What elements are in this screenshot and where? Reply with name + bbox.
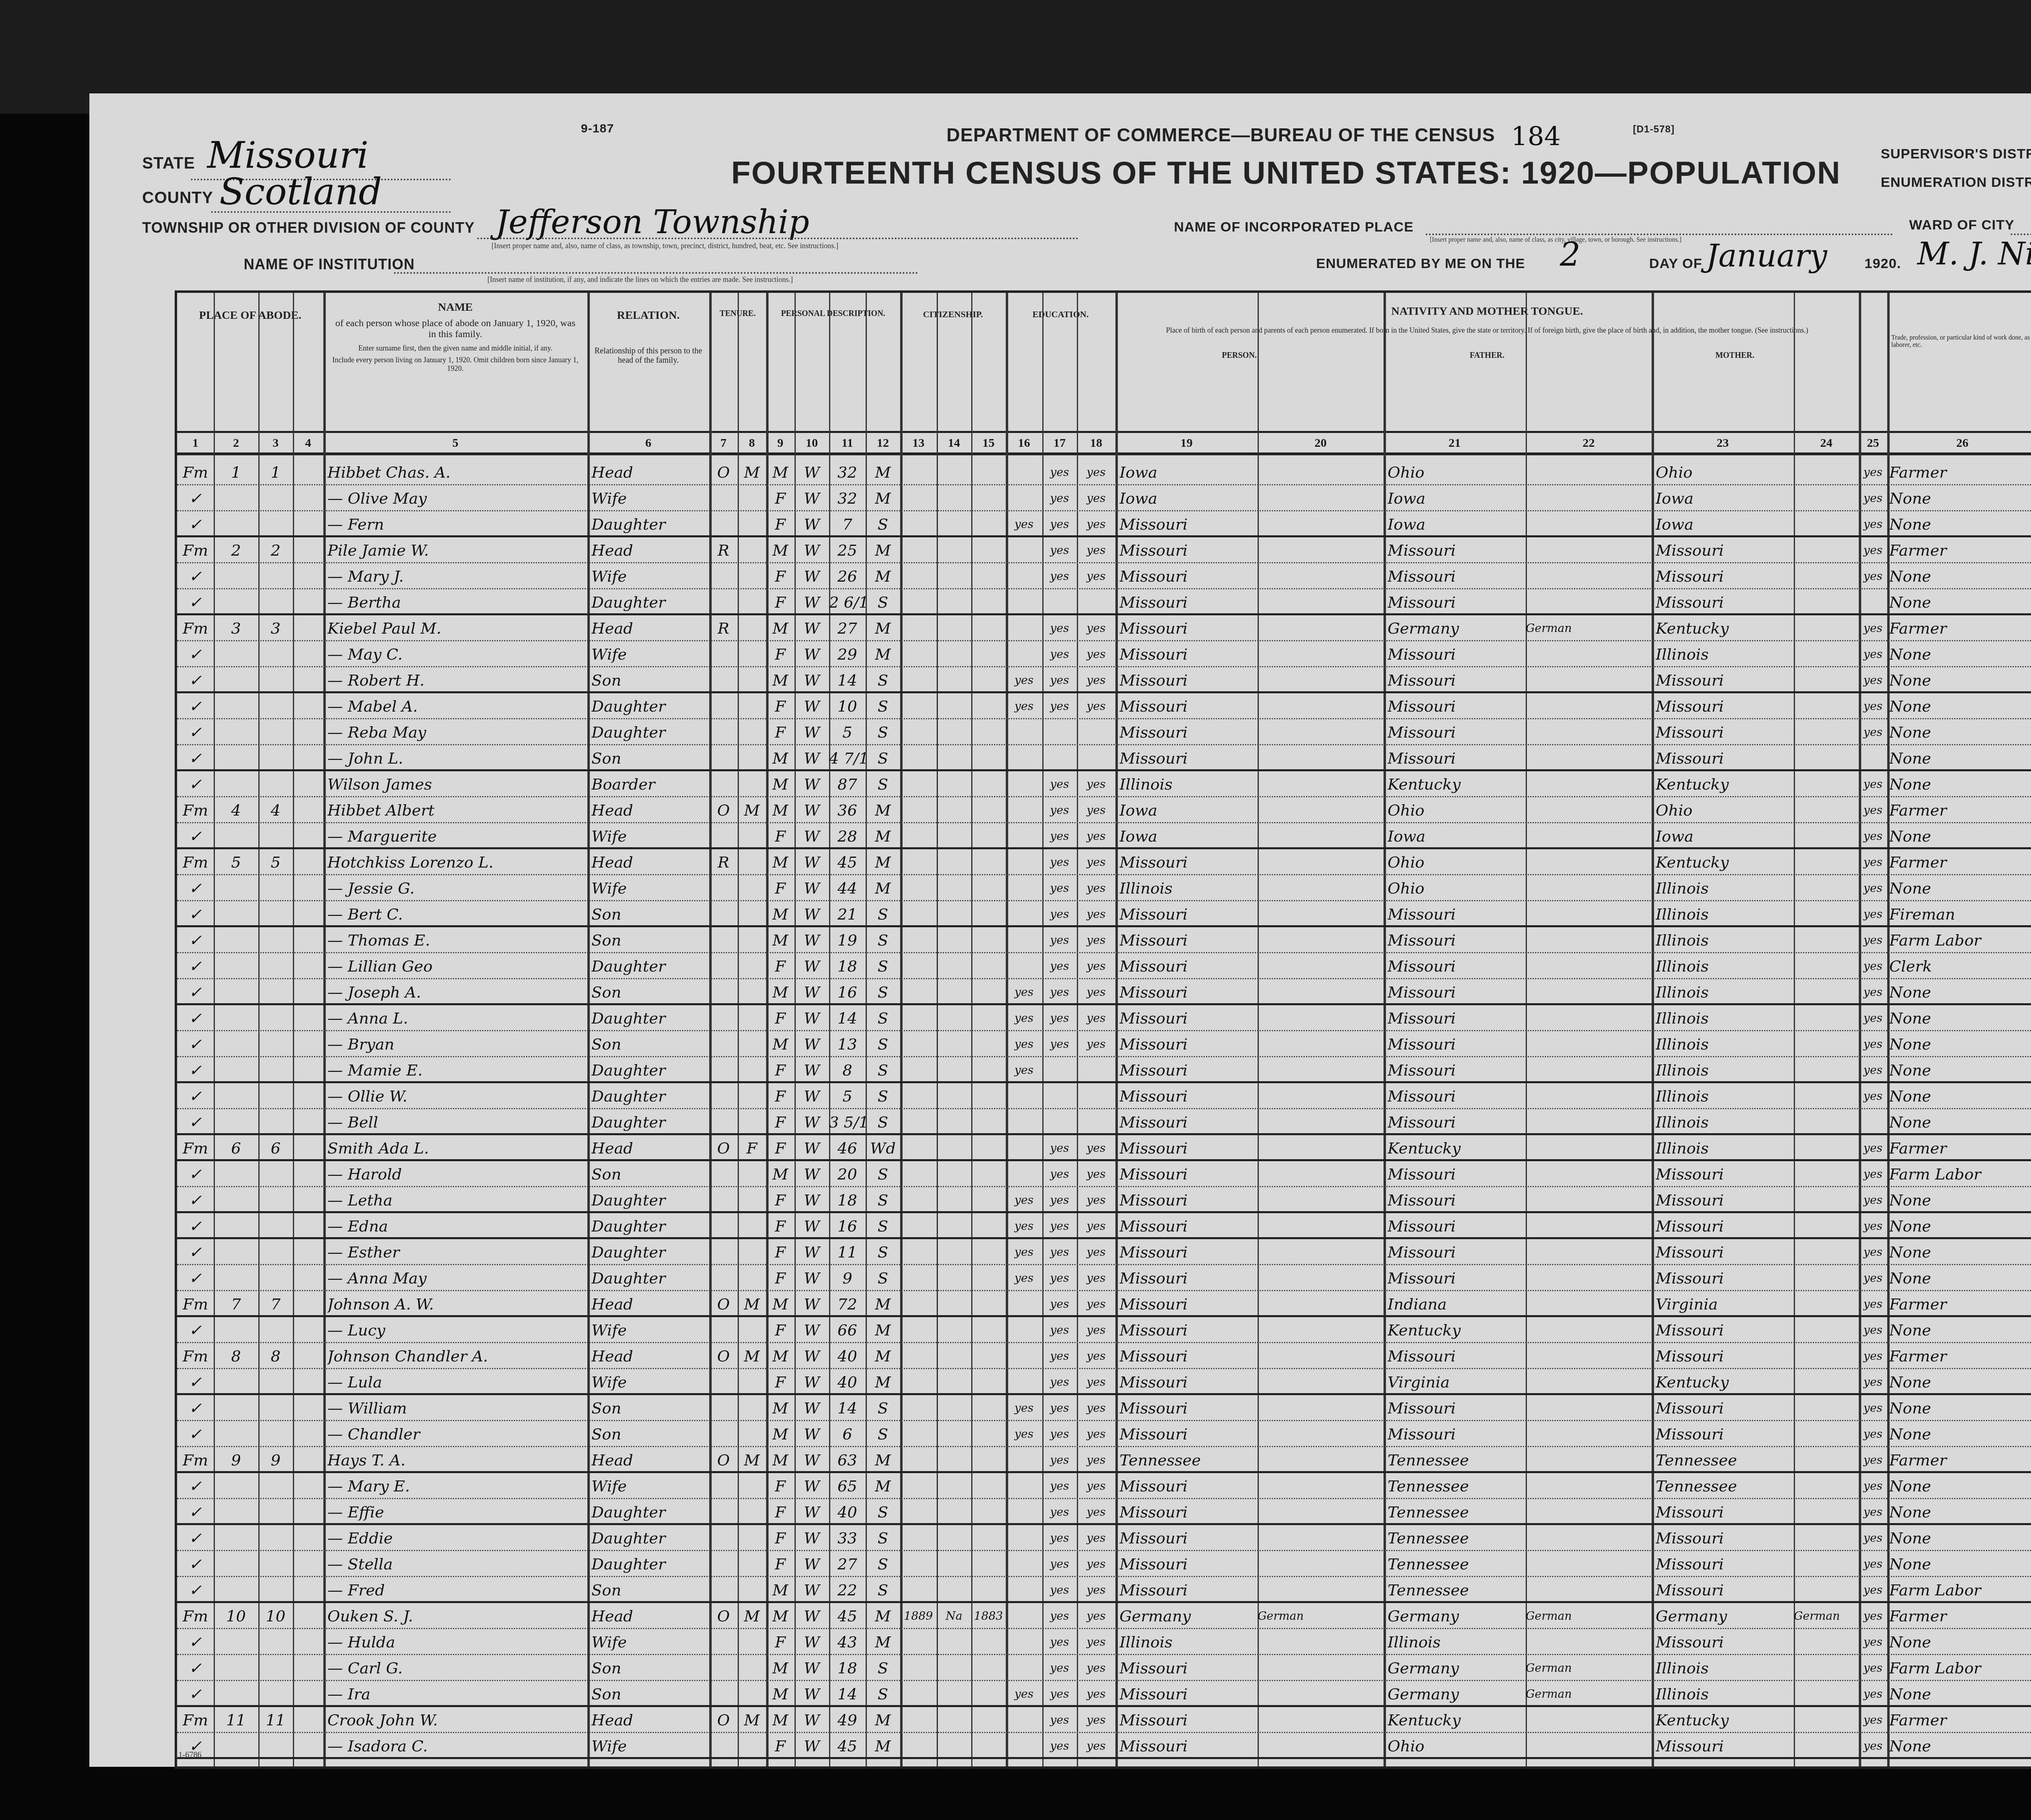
cell-pob: Missouri	[1119, 1733, 1258, 1759]
cell-natyr	[971, 1629, 1006, 1655]
cell-fpob: Ohio	[1388, 1733, 1526, 1759]
cell-pob: Missouri	[1119, 1109, 1258, 1135]
cell-race: W	[795, 459, 829, 485]
cell-race: W	[795, 1473, 829, 1499]
cell-marital: S	[866, 771, 900, 797]
cell-street: ✓	[177, 1265, 214, 1291]
cell-sex: M	[766, 979, 795, 1005]
cell-marital: S	[866, 1031, 900, 1057]
cell-house: 6	[214, 1135, 258, 1161]
cell-marital: S	[866, 1109, 900, 1135]
cell-mortgage	[738, 927, 766, 953]
cell-age: 6	[829, 1421, 866, 1447]
cell-mortgage	[738, 511, 766, 537]
cell-write: yes	[1077, 1239, 1115, 1265]
cell-relation: Son	[591, 745, 709, 771]
cell-mtongue	[1794, 1395, 1859, 1421]
cell-nat	[937, 1577, 971, 1603]
cell-write: yes	[1077, 641, 1115, 667]
cell-home: O	[709, 1291, 738, 1317]
table-row: ✓— Carl G.SonMW18SyesyesMissouriGermanyG…	[177, 1655, 2031, 1681]
cell-trade: None	[1889, 1681, 2031, 1707]
cell-mtongue	[1794, 719, 1859, 745]
cell-relation: Son	[591, 1655, 709, 1681]
cell-street: ✓	[177, 979, 214, 1005]
cell-ptongue	[1258, 1057, 1384, 1083]
cell-family	[258, 1005, 293, 1031]
township-label: TOWNSHIP OR OTHER DIVISION OF COUNTY	[142, 219, 475, 236]
column-number: 26	[1887, 433, 2031, 453]
cell-ptongue	[1258, 693, 1384, 719]
institution-line	[394, 272, 918, 274]
cell-age: 10	[829, 693, 866, 719]
cell-mtongue	[1794, 1265, 1859, 1291]
column-number: 11	[829, 433, 866, 453]
cell-relation: Son	[591, 927, 709, 953]
cell-ptongue	[1258, 563, 1384, 589]
cell-marital: S	[866, 1499, 900, 1525]
cell-sex: F	[766, 1499, 795, 1525]
cell-house	[214, 1005, 258, 1031]
table-row: ✓— LethaDaughterFW18SyesyesyesMissouriMi…	[177, 1187, 2031, 1213]
cell-home: O	[709, 797, 738, 823]
cell-fpob: Tennessee	[1388, 1551, 1526, 1577]
cell-house	[214, 745, 258, 771]
cell-mpob: Missouri	[1656, 563, 1794, 589]
cell-home	[709, 953, 738, 979]
cell-read: yes	[1042, 1317, 1077, 1343]
cell-mpob: Illinois	[1656, 1083, 1794, 1109]
cell-family	[258, 1473, 293, 1499]
cell-school	[1006, 589, 1042, 615]
cell-pob: Missouri	[1119, 1187, 1258, 1213]
cell-home: O	[709, 1135, 738, 1161]
cell-mtongue	[1794, 1317, 1859, 1343]
cell-family	[258, 1109, 293, 1135]
cell-immig	[900, 927, 937, 953]
group-relation: RELATION. Relationship of this person to…	[587, 293, 709, 447]
cell-relation: Head	[591, 1291, 709, 1317]
cell-street: Fm	[177, 1447, 214, 1473]
table-row: ✓— John L.SonMW4 7/12SMissouriMissouriMi…	[177, 745, 2031, 771]
cell-street: ✓	[177, 1499, 214, 1525]
cell-ptongue	[1258, 1239, 1384, 1265]
cell-street: ✓	[177, 1421, 214, 1447]
cell-mpob: Missouri	[1656, 1161, 1794, 1187]
cell-mortgage	[738, 875, 766, 901]
cell-relation: Son	[591, 1577, 709, 1603]
cell-read: yes	[1042, 901, 1077, 927]
cell-age: 33	[829, 1525, 866, 1551]
cell-name: — Lula	[327, 1369, 587, 1395]
cell-home: O	[709, 1343, 738, 1369]
cell-age: 14	[829, 1005, 866, 1031]
incorporated-line	[1426, 234, 1893, 235]
table-row: ✓— BerthaDaughterFW2 6/12SMissouriMissou…	[177, 589, 2031, 615]
cell-house	[214, 1031, 258, 1057]
cell-sex: M	[766, 1161, 795, 1187]
cell-mtongue	[1794, 1499, 1859, 1525]
table-row: ✓— Ollie W.DaughterFW5SMissouriMissouriI…	[177, 1083, 2031, 1109]
cell-ftongue	[1526, 1733, 1652, 1759]
cell-home	[709, 1005, 738, 1031]
cell-fpob: Germany	[1388, 615, 1526, 641]
cell-ptongue	[1258, 719, 1384, 745]
cell-street: ✓	[177, 927, 214, 953]
cell-trade: None	[1889, 1525, 2031, 1551]
cell-trade: Farmer	[1889, 1343, 2031, 1369]
cell-mortgage	[738, 1239, 766, 1265]
cell-ftongue	[1526, 1369, 1652, 1395]
name-header-text: of each person whose place of abode on J…	[331, 318, 579, 340]
cell-relation: Wife	[591, 641, 709, 667]
cell-relation: Head	[591, 849, 709, 875]
cell-home	[709, 1265, 738, 1291]
cell-marital: M	[866, 1343, 900, 1369]
cell-home	[709, 875, 738, 901]
cell-pob: Missouri	[1119, 693, 1258, 719]
cell-relation: Wife	[591, 563, 709, 589]
cell-natyr	[971, 901, 1006, 927]
cell-write: yes	[1077, 797, 1115, 823]
cell-ftongue	[1526, 511, 1652, 537]
cell-sex: F	[766, 1135, 795, 1161]
cell-natyr	[971, 459, 1006, 485]
cell-read: yes	[1042, 849, 1077, 875]
cell-relation: Wife	[591, 1629, 709, 1655]
cell-sex: M	[766, 1655, 795, 1681]
enumerator-name: M. J. Nissen	[1917, 236, 2031, 272]
cell-fpob: Missouri	[1388, 667, 1526, 693]
footer-code: 11-6786	[175, 1751, 201, 1760]
column-number: 3	[258, 433, 293, 453]
cell-marital: S	[866, 667, 900, 693]
cell-school	[1006, 875, 1042, 901]
cell-ftongue	[1526, 927, 1652, 953]
cell-ptongue	[1258, 459, 1384, 485]
cell-name: Johnson A. W.	[327, 1291, 587, 1317]
cell-family	[258, 745, 293, 771]
cell-name: — May C.	[327, 641, 587, 667]
township-line	[477, 238, 1078, 239]
cell-age: 65	[829, 1473, 866, 1499]
cell-age: 28	[829, 823, 866, 849]
cell-name: — Edna	[327, 1213, 587, 1239]
cell-relation: Daughter	[591, 1083, 709, 1109]
cell-sex: F	[766, 1551, 795, 1577]
cell-mortgage	[738, 1265, 766, 1291]
cell-relation: Daughter	[591, 1213, 709, 1239]
cell-race: W	[795, 1239, 829, 1265]
cell-name: — Mary E.	[327, 1473, 587, 1499]
cell-pob: Missouri	[1119, 511, 1258, 537]
cell-mtongue	[1794, 1291, 1859, 1317]
cell-read: yes	[1042, 797, 1077, 823]
cell-relation: Wife	[591, 1473, 709, 1499]
cell-trade: None	[1889, 771, 2031, 797]
cell-fpob: Tennessee	[1388, 1525, 1526, 1551]
cell-trade: None	[1889, 1109, 2031, 1135]
cell-house	[214, 953, 258, 979]
cell-marital: S	[866, 1681, 900, 1707]
cell-pob: Missouri	[1119, 641, 1258, 667]
cell-natyr	[971, 1291, 1006, 1317]
cell-english: yes	[1859, 1265, 1887, 1291]
table-row: ✓— EffieDaughterFW40SyesyesMissouriTenne…	[177, 1499, 2031, 1525]
cell-race: W	[795, 849, 829, 875]
cell-race: W	[795, 615, 829, 641]
cell-english: yes	[1859, 1083, 1887, 1109]
cell-race: W	[795, 1525, 829, 1551]
cell-family	[258, 1525, 293, 1551]
cell-nat	[937, 1499, 971, 1525]
table-row: Fm1111Crook John W.HeadOMMW49MyesyesMiss…	[177, 1707, 2031, 1733]
census-sheet: STATE Missouri COUNTY Scotland TOWNSHIP …	[89, 93, 2031, 1767]
cell-home	[709, 719, 738, 745]
cell-ftongue	[1526, 719, 1652, 745]
cell-read: yes	[1042, 615, 1077, 641]
cell-mtongue	[1794, 1057, 1859, 1083]
cell-street: ✓	[177, 1577, 214, 1603]
cell-age: 25	[829, 537, 866, 563]
column-number: 2	[214, 433, 258, 453]
cell-school	[1006, 1707, 1042, 1733]
cell-natyr	[971, 1421, 1006, 1447]
cell-marital: M	[866, 485, 900, 511]
cell-age: 19	[829, 927, 866, 953]
cell-mortgage	[738, 849, 766, 875]
cell-mtongue	[1794, 1577, 1859, 1603]
cell-fpob: Illinois	[1388, 1629, 1526, 1655]
cell-fpob: Missouri	[1388, 641, 1526, 667]
cell-nat	[937, 1291, 971, 1317]
cell-write: yes	[1077, 1733, 1115, 1759]
table-row: ✓— Robert H.SonMW14SyesyesyesMissouriMis…	[177, 667, 2031, 693]
cell-nat	[937, 1681, 971, 1707]
cell-pob: Iowa	[1119, 485, 1258, 511]
cell-ptongue	[1258, 901, 1384, 927]
cell-relation: Son	[591, 1681, 709, 1707]
cell-relation: Wife	[591, 1369, 709, 1395]
cell-fpob: Iowa	[1388, 823, 1526, 849]
cell-write	[1077, 719, 1115, 745]
group-name: NAME of each person whose place of abode…	[323, 293, 587, 439]
cell-age: 18	[829, 1655, 866, 1681]
cell-write: yes	[1077, 1291, 1115, 1317]
cell-sex: F	[766, 823, 795, 849]
cell-natyr	[971, 1161, 1006, 1187]
cell-race: W	[795, 875, 829, 901]
cell-ptongue	[1258, 1499, 1384, 1525]
cell-nat	[937, 667, 971, 693]
cell-read	[1042, 589, 1077, 615]
cell-english: yes	[1859, 1473, 1887, 1499]
cell-fpob: Missouri	[1388, 1161, 1526, 1187]
cell-relation: Wife	[591, 1317, 709, 1343]
cell-fpob: Missouri	[1388, 1031, 1526, 1057]
cell-natyr	[971, 1395, 1006, 1421]
cell-school	[1006, 1109, 1042, 1135]
cell-mortgage: M	[738, 797, 766, 823]
cell-sex: F	[766, 511, 795, 537]
cell-immig	[900, 1317, 937, 1343]
cell-ftongue	[1526, 1161, 1652, 1187]
cell-nat	[937, 719, 971, 745]
cell-mpob: Illinois	[1656, 1005, 1794, 1031]
cell-school	[1006, 849, 1042, 875]
cell-fpob: Kentucky	[1388, 1135, 1526, 1161]
cell-family	[258, 1577, 293, 1603]
cell-pob: Missouri	[1119, 1473, 1258, 1499]
cell-pob: Iowa	[1119, 459, 1258, 485]
cell-family	[258, 1057, 293, 1083]
cell-name: — Ollie W.	[327, 1083, 587, 1109]
cell-ptongue	[1258, 745, 1384, 771]
cell-mortgage	[738, 1031, 766, 1057]
cell-fpob: Germany	[1388, 1655, 1526, 1681]
cell-nat	[937, 1187, 971, 1213]
cell-mtongue	[1794, 797, 1859, 823]
cell-age: 16	[829, 979, 866, 1005]
cell-trade: Farmer	[1889, 1135, 2031, 1161]
cell-nat	[937, 849, 971, 875]
cell-nat	[937, 1083, 971, 1109]
cell-mtongue	[1794, 693, 1859, 719]
cell-mortgage	[738, 537, 766, 563]
cell-house: 11	[214, 1707, 258, 1733]
cell-english: yes	[1859, 563, 1887, 589]
cell-mortgage	[738, 719, 766, 745]
cell-ftongue	[1526, 693, 1652, 719]
table-row: ✓— HaroldSonMW20SyesyesMissouriMissouriM…	[177, 1161, 2031, 1187]
stamp-number: 184	[1511, 122, 1561, 152]
cell-race: W	[795, 1369, 829, 1395]
cell-write: yes	[1077, 693, 1115, 719]
column-number: 23	[1652, 433, 1794, 453]
table-row: ✓— Mary J.WifeFW26MyesyesMissouriMissour…	[177, 563, 2031, 589]
cell-sex: F	[766, 1213, 795, 1239]
cell-nat	[937, 1447, 971, 1473]
cell-name: — Mamie E.	[327, 1057, 587, 1083]
cell-mpob: Germany	[1656, 1603, 1794, 1629]
cell-ptongue	[1258, 1109, 1384, 1135]
cell-home: R	[709, 849, 738, 875]
cell-ptongue	[1258, 1213, 1384, 1239]
cell-pob: Missouri	[1119, 667, 1258, 693]
cell-mortgage	[738, 953, 766, 979]
cell-write: yes	[1077, 1499, 1115, 1525]
cell-ftongue	[1526, 1187, 1652, 1213]
cell-mortgage: M	[738, 1447, 766, 1473]
cell-ftongue	[1526, 797, 1652, 823]
cell-house: 8	[214, 1343, 258, 1369]
cell-nat	[937, 927, 971, 953]
cell-marital: S	[866, 1265, 900, 1291]
cell-nat	[937, 1239, 971, 1265]
cell-school	[1006, 641, 1042, 667]
cell-fpob: Missouri	[1388, 953, 1526, 979]
cell-sex: F	[766, 1265, 795, 1291]
cell-english: yes	[1859, 667, 1887, 693]
cell-race: W	[795, 745, 829, 771]
cell-age: 13	[829, 1031, 866, 1057]
cell-marital: M	[866, 1369, 900, 1395]
cell-race: W	[795, 719, 829, 745]
cell-school: yes	[1006, 1005, 1042, 1031]
cell-trade: Fireman	[1889, 901, 2031, 927]
cell-school	[1006, 1291, 1042, 1317]
cell-english	[1859, 589, 1887, 615]
cell-mpob: Missouri	[1656, 537, 1794, 563]
cell-race: W	[795, 1161, 829, 1187]
cell-family: 11	[258, 1707, 293, 1733]
cell-street: ✓	[177, 1083, 214, 1109]
cell-natyr	[971, 1525, 1006, 1551]
cell-trade: Farmer	[1889, 1707, 2031, 1733]
cell-race: W	[795, 563, 829, 589]
cell-home	[709, 1655, 738, 1681]
cell-trade: None	[1889, 667, 2031, 693]
cell-marital: M	[866, 1317, 900, 1343]
enumerated-month: January	[1706, 238, 1827, 274]
cell-sex: F	[766, 1057, 795, 1083]
cell-school	[1006, 485, 1042, 511]
cell-name: — Lillian Geo	[327, 953, 587, 979]
cell-street: ✓	[177, 823, 214, 849]
cell-fpob: Missouri	[1388, 1187, 1526, 1213]
cell-trade: Clerk	[1889, 953, 2031, 979]
cell-pob: Tennessee	[1119, 1447, 1258, 1473]
cell-street: Fm	[177, 615, 214, 641]
cell-fpob: Tennessee	[1388, 1473, 1526, 1499]
cell-ptongue	[1258, 1551, 1384, 1577]
cell-school	[1006, 771, 1042, 797]
cell-street: ✓	[177, 693, 214, 719]
column-number: 20	[1258, 433, 1384, 453]
cell-read: yes	[1042, 537, 1077, 563]
cell-write: yes	[1077, 1369, 1115, 1395]
cell-read: yes	[1042, 1577, 1077, 1603]
cell-mpob: Missouri	[1656, 745, 1794, 771]
cell-home	[709, 1317, 738, 1343]
cell-write: yes	[1077, 537, 1115, 563]
cell-immig	[900, 1135, 937, 1161]
cell-race: W	[795, 1733, 829, 1759]
nativity-subheaders: PERSON. FATHER. MOTHER.	[1115, 351, 1859, 360]
cell-house	[214, 1187, 258, 1213]
cell-family	[258, 589, 293, 615]
cell-ftongue: German	[1526, 1603, 1652, 1629]
cell-home	[709, 1733, 738, 1759]
cell-street: ✓	[177, 901, 214, 927]
cell-house	[214, 1395, 258, 1421]
cell-family	[258, 1083, 293, 1109]
cell-fpob: Tennessee	[1388, 1577, 1526, 1603]
cell-immig	[900, 1551, 937, 1577]
cell-house: 10	[214, 1603, 258, 1629]
cell-house	[214, 1655, 258, 1681]
cell-trade: Farm Labor	[1889, 1655, 2031, 1681]
cell-write: yes	[1077, 615, 1115, 641]
cell-mpob: Virginia	[1656, 1291, 1794, 1317]
table-row: ✓— MargueriteWifeFW28MyesyesIowaIowaIowa…	[177, 823, 2031, 849]
column-number: 15	[971, 433, 1006, 453]
cell-fpob: Tennessee	[1388, 1447, 1526, 1473]
cell-write: yes	[1077, 1187, 1115, 1213]
cell-nat	[937, 1551, 971, 1577]
cell-trade: None	[1889, 1499, 2031, 1525]
group-education: EDUCATION.	[1006, 293, 1115, 447]
